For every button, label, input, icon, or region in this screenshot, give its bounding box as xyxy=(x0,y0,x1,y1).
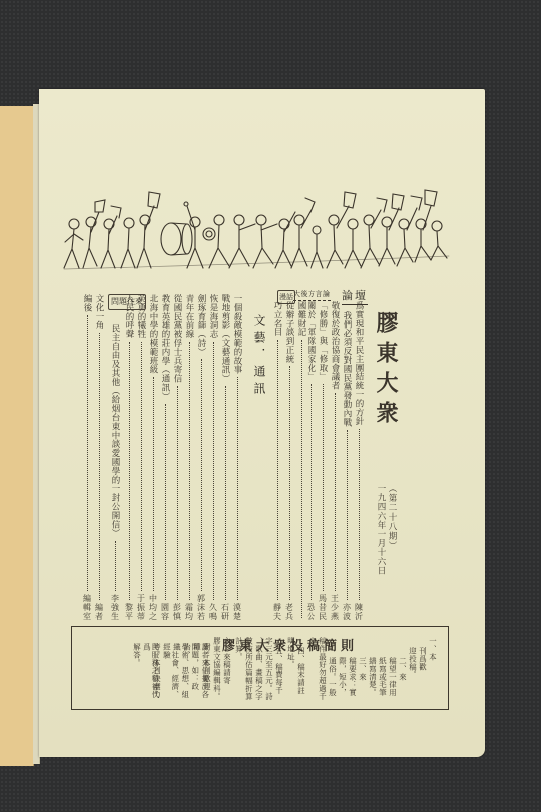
leader-dots xyxy=(201,359,202,591)
leader-dots xyxy=(87,315,88,591)
leader-dots xyxy=(165,404,166,600)
toc-entry[interactable]: 國難財記 xyxy=(295,301,307,621)
toc-entry[interactable]: 青年在前線 霜均 xyxy=(183,294,195,621)
toc-entry[interactable]: 從國民黨被俘士兵寄信 彭慎 xyxy=(171,294,183,621)
leader-dots xyxy=(225,386,226,600)
leader-dots xyxy=(289,366,290,600)
marching-crowd-illustration xyxy=(59,184,459,274)
leader-dots xyxy=(153,377,154,591)
leader-dots xyxy=(301,340,302,618)
issue-number: （第二十八期） xyxy=(386,484,398,551)
toc-entry[interactable]: 北海中學的模範班級 中均之 xyxy=(147,294,159,621)
toc-entry[interactable]: 我們必須反對國民黨發動內戰 亦波 xyxy=(341,311,353,621)
leader-dots xyxy=(335,393,336,591)
toc-entry[interactable]: 戰地剪影（文藝通訊） 石研 xyxy=(219,294,231,621)
leader-dots xyxy=(311,384,312,600)
leader-dots xyxy=(237,377,238,600)
toc-entry[interactable]: 教育英雄的莊内學（通訊） 園容 xyxy=(159,294,171,621)
toc-entry[interactable]: 爲實現和平民主團結統一的方針 陳沂 xyxy=(353,301,365,621)
toc-entry[interactable]: 從辮子談到正統 老兵 xyxy=(283,301,295,621)
toc-entry[interactable]: 文化一角 編者 xyxy=(93,294,105,621)
leader-dots xyxy=(323,384,324,591)
toc-entry[interactable]: 民主自由及其他（給烟台東中談愛國學的一封公開信） 李強生 xyxy=(109,324,121,621)
leader-dots xyxy=(99,333,100,600)
leader-dots xyxy=(177,386,178,600)
section-wen-ti-wang-lai-tag: 問題往來 xyxy=(108,294,146,310)
toc-entry[interactable]: 英勇的犧牲 于振蒂 xyxy=(135,294,147,621)
leader-dots xyxy=(213,342,214,601)
leader-dots xyxy=(277,340,278,600)
magazine-page: 膠東大衆 （第二十八期） 一九四六年一月十六日 論壇 爲實現和平民主團結統一的方… xyxy=(39,89,485,757)
leader-dots xyxy=(347,430,348,600)
toc-entry[interactable]: 人民的呼聲 黎平 xyxy=(123,294,135,621)
toc-entry[interactable]: 一個殺敵模範的故事 漠楚 xyxy=(231,294,243,621)
section-hou-fang-heading: 大後方言論 xyxy=(293,289,331,301)
toc-entry[interactable]: 恢是海洞志 久鳴 xyxy=(207,294,219,621)
back-cover-edge xyxy=(0,106,34,766)
submission-guidelines-box: 膠東大衆投稿簡則 一、本 刊爲歡 迎投稿。 二、來 稿望一律用 紙寫或毛筆 繕寫… xyxy=(71,626,449,710)
leader-dots xyxy=(359,429,360,600)
publication-date: 一九四六年一月十六日 xyxy=(375,484,387,575)
magazine-title: 膠東大衆 xyxy=(371,311,402,431)
toc-entry[interactable]: 巧立名目 靜夫 xyxy=(271,301,283,621)
toc-entry[interactable]: 「修勝」與「修取」 馬昔民 xyxy=(317,301,329,621)
leader-dots xyxy=(141,342,142,592)
leader-dots xyxy=(189,342,190,601)
toc-entry[interactable]: 劍琢育篩（詩） 郭沫若 xyxy=(195,294,207,621)
section-wen-yi-heading: 文藝．通訊 xyxy=(251,314,268,399)
leader-dots xyxy=(115,541,116,591)
leader-dots xyxy=(129,342,130,601)
toc-entry[interactable]: 編後 編輯室 xyxy=(81,294,93,621)
toc-entry[interactable]: 敬復於政治協商會議者 王少燕 xyxy=(329,301,341,621)
